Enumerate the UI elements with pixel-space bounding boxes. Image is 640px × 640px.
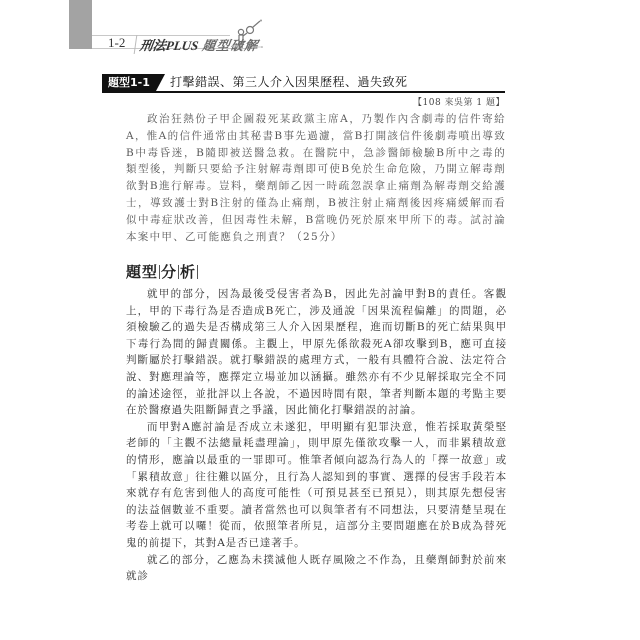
heading-char: 型	[142, 263, 158, 281]
heading-char: 題	[126, 263, 142, 281]
analysis-paragraph: 就乙的部分，乙應為未撲滅他人既存風險之不作為，且藥劑師對於前來就診	[126, 552, 507, 585]
analysis-heading: 題型分析	[126, 261, 199, 282]
heading-divider	[159, 265, 160, 279]
exam-reference: 【108 來吳第 1 題】	[413, 95, 505, 108]
page-number: 1-2	[108, 35, 125, 51]
analysis-paragraph: 就甲的部分，因為最後受侵害者為B，因此先討論甲對B的責任。客觀上，甲的下毒行為是…	[126, 286, 507, 419]
banner-slant-decoration	[156, 74, 165, 91]
chapter-tab	[69, 0, 92, 49]
heading-char: 析	[180, 263, 196, 281]
heading-char: 分	[161, 263, 177, 281]
section-banner: 題型1-1 打擊錯誤、第三人介入因果歷程、過失致死	[102, 74, 505, 93]
question-paragraph: 政治狂熱份子甲企圖殺死某政黨主席A，乃製作內含劇毒的信件寄給A，惟A的信件通常由…	[126, 111, 506, 245]
analysis-body: 就甲的部分，因為最後受侵害者為B，因此先討論甲對B的責任。客觀上，甲的下毒行為是…	[126, 286, 507, 585]
heading-divider	[178, 265, 179, 279]
section-label: 題型1-1	[102, 74, 156, 91]
analysis-paragraph: 而甲對A應討論是否成立未遂犯，甲明顯有犯罪決意，惟若採取黃榮堅老師的「主觀不法總…	[126, 419, 507, 552]
question-text: 政治狂熱份子甲企圖殺死某政黨主席A，乃製作內含劇毒的信件寄給A，惟A的信件通常由…	[126, 111, 506, 245]
heading-divider	[197, 265, 198, 279]
figure-with-magnifier-icon	[232, 18, 264, 50]
book-title-main: 刑法PLUS	[139, 38, 200, 53]
book-page: 1-2 刑法PLUS題型破解 題型1-1 打擊錯誤、第三人介入因果歷程、過失致死…	[0, 0, 640, 640]
section-title: 打擊錯誤、第三人介入因果歷程、過失致死	[170, 74, 408, 91]
